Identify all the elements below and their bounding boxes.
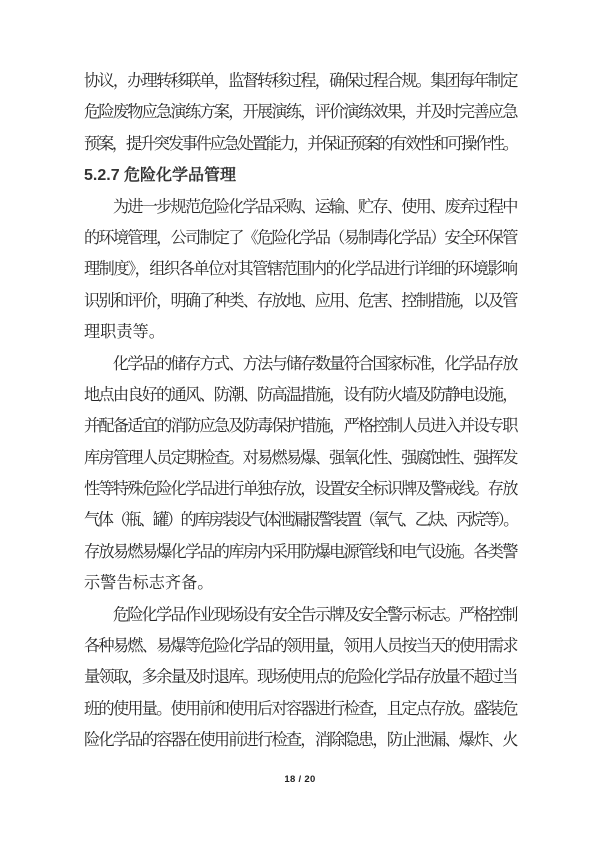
text-line: 存放易燃易爆化学品的库房内采用防爆电源管线和电气设施。各类警 <box>84 537 517 568</box>
text-line: 理制度》，组织各单位对其管辖范围内的化学品进行详细的环境影响 <box>84 254 517 285</box>
text-line: 协议，办理转移联单，监督转移过程，确保过程合规。集团每年制定 <box>84 66 517 97</box>
page-number: 18 / 20 <box>284 774 315 785</box>
text-line: 气体（瓶、罐）的库房装设气体泄漏报警装置（氧气、乙炔、丙烷等）。 <box>84 505 517 536</box>
section-heading: 5.2.7 危险化学品管理 <box>84 160 517 191</box>
document-page: 协议，办理转移联单，监督转移过程，确保过程合规。集团每年制定危险废物应急演练方案… <box>0 0 600 848</box>
text-line: 化学品的储存方式、方法与储存数量符合国家标准，化学品存放 <box>84 349 517 380</box>
text-line: 性等特殊危险化学品进行单独存放，设置安全标识牌及警戒线。存放 <box>84 474 517 505</box>
text-line: 班的使用量。使用前和使用后对容器进行检查，且定点存放。盛装危 <box>84 694 517 725</box>
text-line: 并配备适宜的消防应急及防毒保护措施，严格控制人员进入并设专职 <box>84 411 517 442</box>
text-line: 各种易燃、易爆等危险化学品的领用量，领用人员按当天的使用需求 <box>84 631 517 662</box>
text-line: 地点由良好的通风、防潮、防高温措施，设有防火墙及防静电设施， <box>84 380 517 411</box>
text-line: 理职责等。 <box>84 317 517 348</box>
page-footer: 18 / 20 <box>0 769 600 787</box>
text-line: 为进一步规范危险化学品采购、运输、贮存、使用、废弃过程中 <box>84 192 517 223</box>
text-line: 示警告标志齐备。 <box>84 568 517 599</box>
text-line: 危险废物应急演练方案，开展演练，评价演练效果，并及时完善应急 <box>84 97 517 128</box>
text-line: 预案，提升突发事件应急处置能力，并保证预案的有效性和可操作性。 <box>84 129 517 160</box>
text-line: 的环境管理，公司制定了《危险化学品（易制毒化学品）安全环保管 <box>84 223 517 254</box>
paragraph: 为进一步规范危险化学品采购、运输、贮存、使用、废弃过程中的环境管理，公司制定了《… <box>84 192 517 349</box>
paragraph: 协议，办理转移联单，监督转移过程，确保过程合规。集团每年制定危险废物应急演练方案… <box>84 66 517 160</box>
text-line: 险化学品的容器在使用前进行检查，消除隐患，防止泄漏、爆炸、火 <box>84 725 517 756</box>
paragraph: 化学品的储存方式、方法与储存数量符合国家标准，化学品存放地点由良好的通风、防潮、… <box>84 349 517 600</box>
text-line: 量领取，多余量及时退库。现场使用点的危险化学品存放量不超过当 <box>84 662 517 693</box>
text-line: 库房管理人员定期检查。对易燃易爆、强氧化性、强腐蚀性、强挥发 <box>84 443 517 474</box>
document-body: 协议，办理转移联单，监督转移过程，确保过程合规。集团每年制定危险废物应急演练方案… <box>84 66 517 757</box>
text-line: 危险化学品作业现场设有安全告示牌及安全警示标志。严格控制 <box>84 600 517 631</box>
paragraph: 危险化学品作业现场设有安全告示牌及安全警示标志。严格控制各种易燃、易爆等危险化学… <box>84 600 517 757</box>
text-line: 识别和评价，明确了种类、存放地、应用、危害、控制措施，以及管 <box>84 286 517 317</box>
